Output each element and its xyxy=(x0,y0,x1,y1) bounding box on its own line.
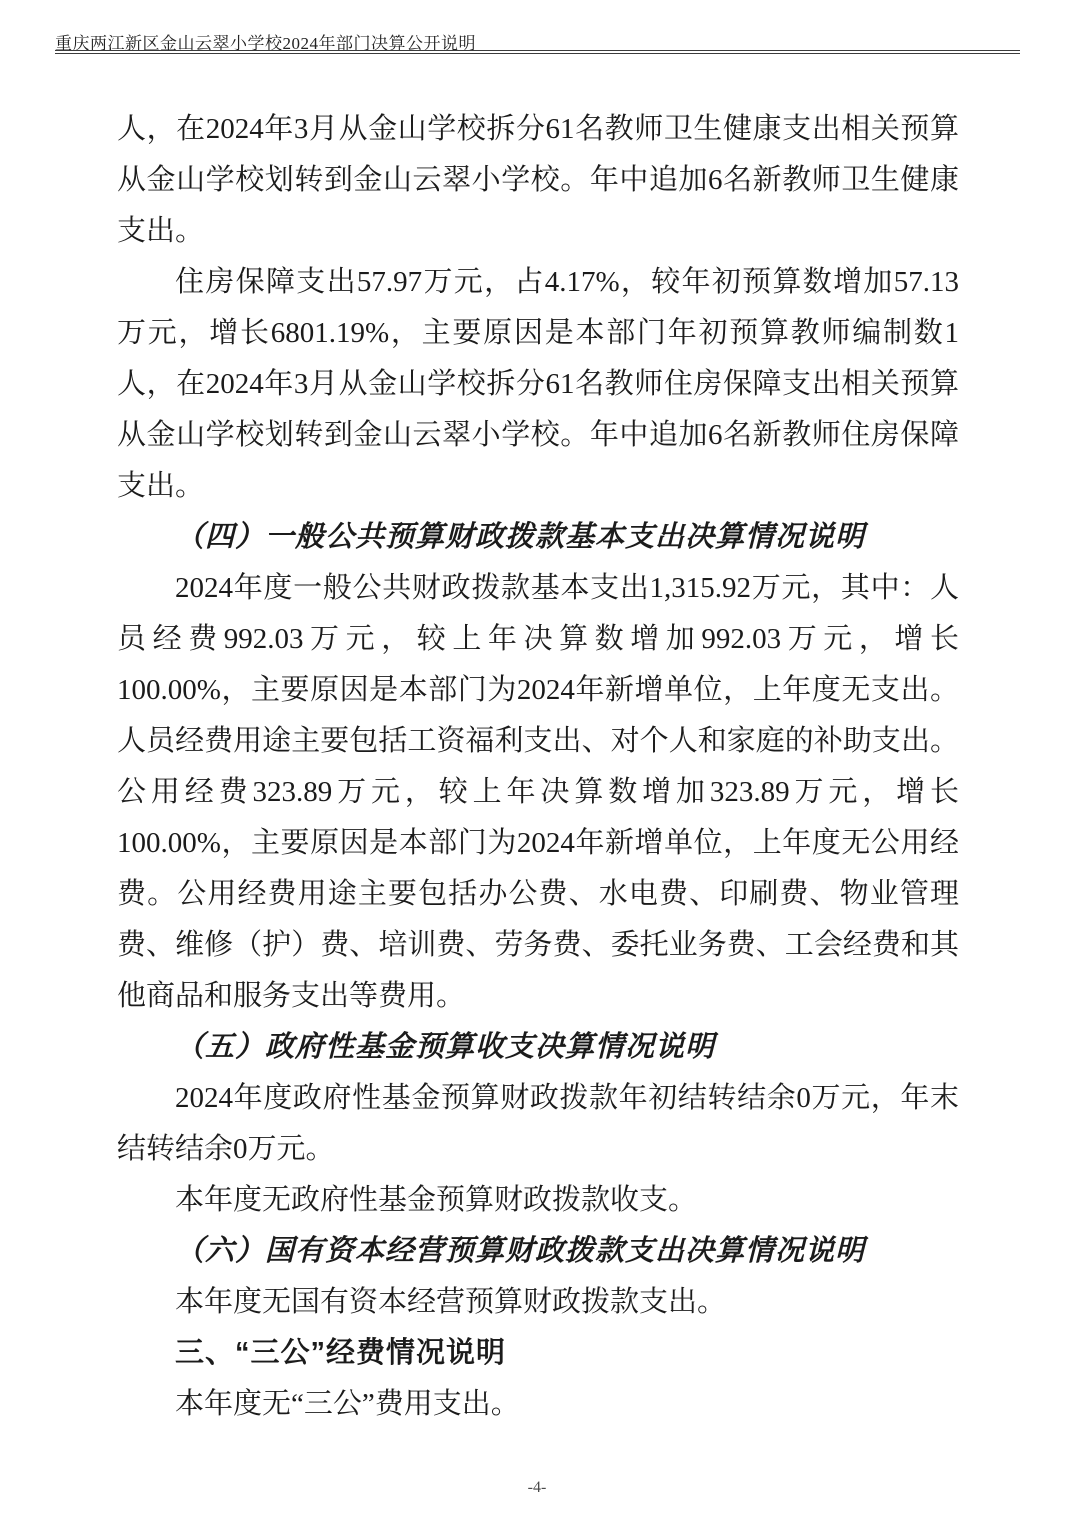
paragraph-continued: 人，在2024年3月从金山学校拆分61名教师卫生健康支出相关预算从金山学校划转到… xyxy=(117,104,959,257)
paragraph-basic-expenditure: 2024年度一般公共财政拨款基本支出1,315.92万元，其中：人员经费992.… xyxy=(117,563,959,1022)
section-heading-4: （四）一般公共预算财政拨款基本支出决算情况说明 xyxy=(117,512,959,563)
paragraph-government-fund-balance: 2024年度政府性基金预算财政拨款年初结转结余0万元，年末结转结余0万元。 xyxy=(117,1073,959,1175)
section-heading-three-public: 三、“三公”经费情况说明 xyxy=(117,1328,959,1379)
paragraph-no-state-capital: 本年度无国有资本经营预算财政拨款支出。 xyxy=(117,1277,959,1328)
document-body: 人，在2024年3月从金山学校拆分61名教师卫生健康支出相关预算从金山学校划转到… xyxy=(117,104,959,1430)
paragraph-no-government-fund: 本年度无政府性基金预算财政拨款收支。 xyxy=(117,1175,959,1226)
section-heading-5: （五）政府性基金预算收支决算情况说明 xyxy=(117,1022,959,1073)
header-divider-rule xyxy=(55,50,1020,54)
section-heading-6: （六）国有资本经营预算财政拨款支出决算情况说明 xyxy=(117,1226,959,1277)
page-number: -4- xyxy=(0,1479,1074,1497)
paragraph-housing-security: 住房保障支出57.97万元，占4.17%，较年初预算数增加57.13万元，增长6… xyxy=(117,257,959,512)
paragraph-no-three-public: 本年度无“三公”费用支出。 xyxy=(117,1379,959,1430)
document-page: 重庆两江新区金山云翠小学校2024年部门决算公开说明 人，在2024年3月从金山… xyxy=(0,0,1074,1520)
